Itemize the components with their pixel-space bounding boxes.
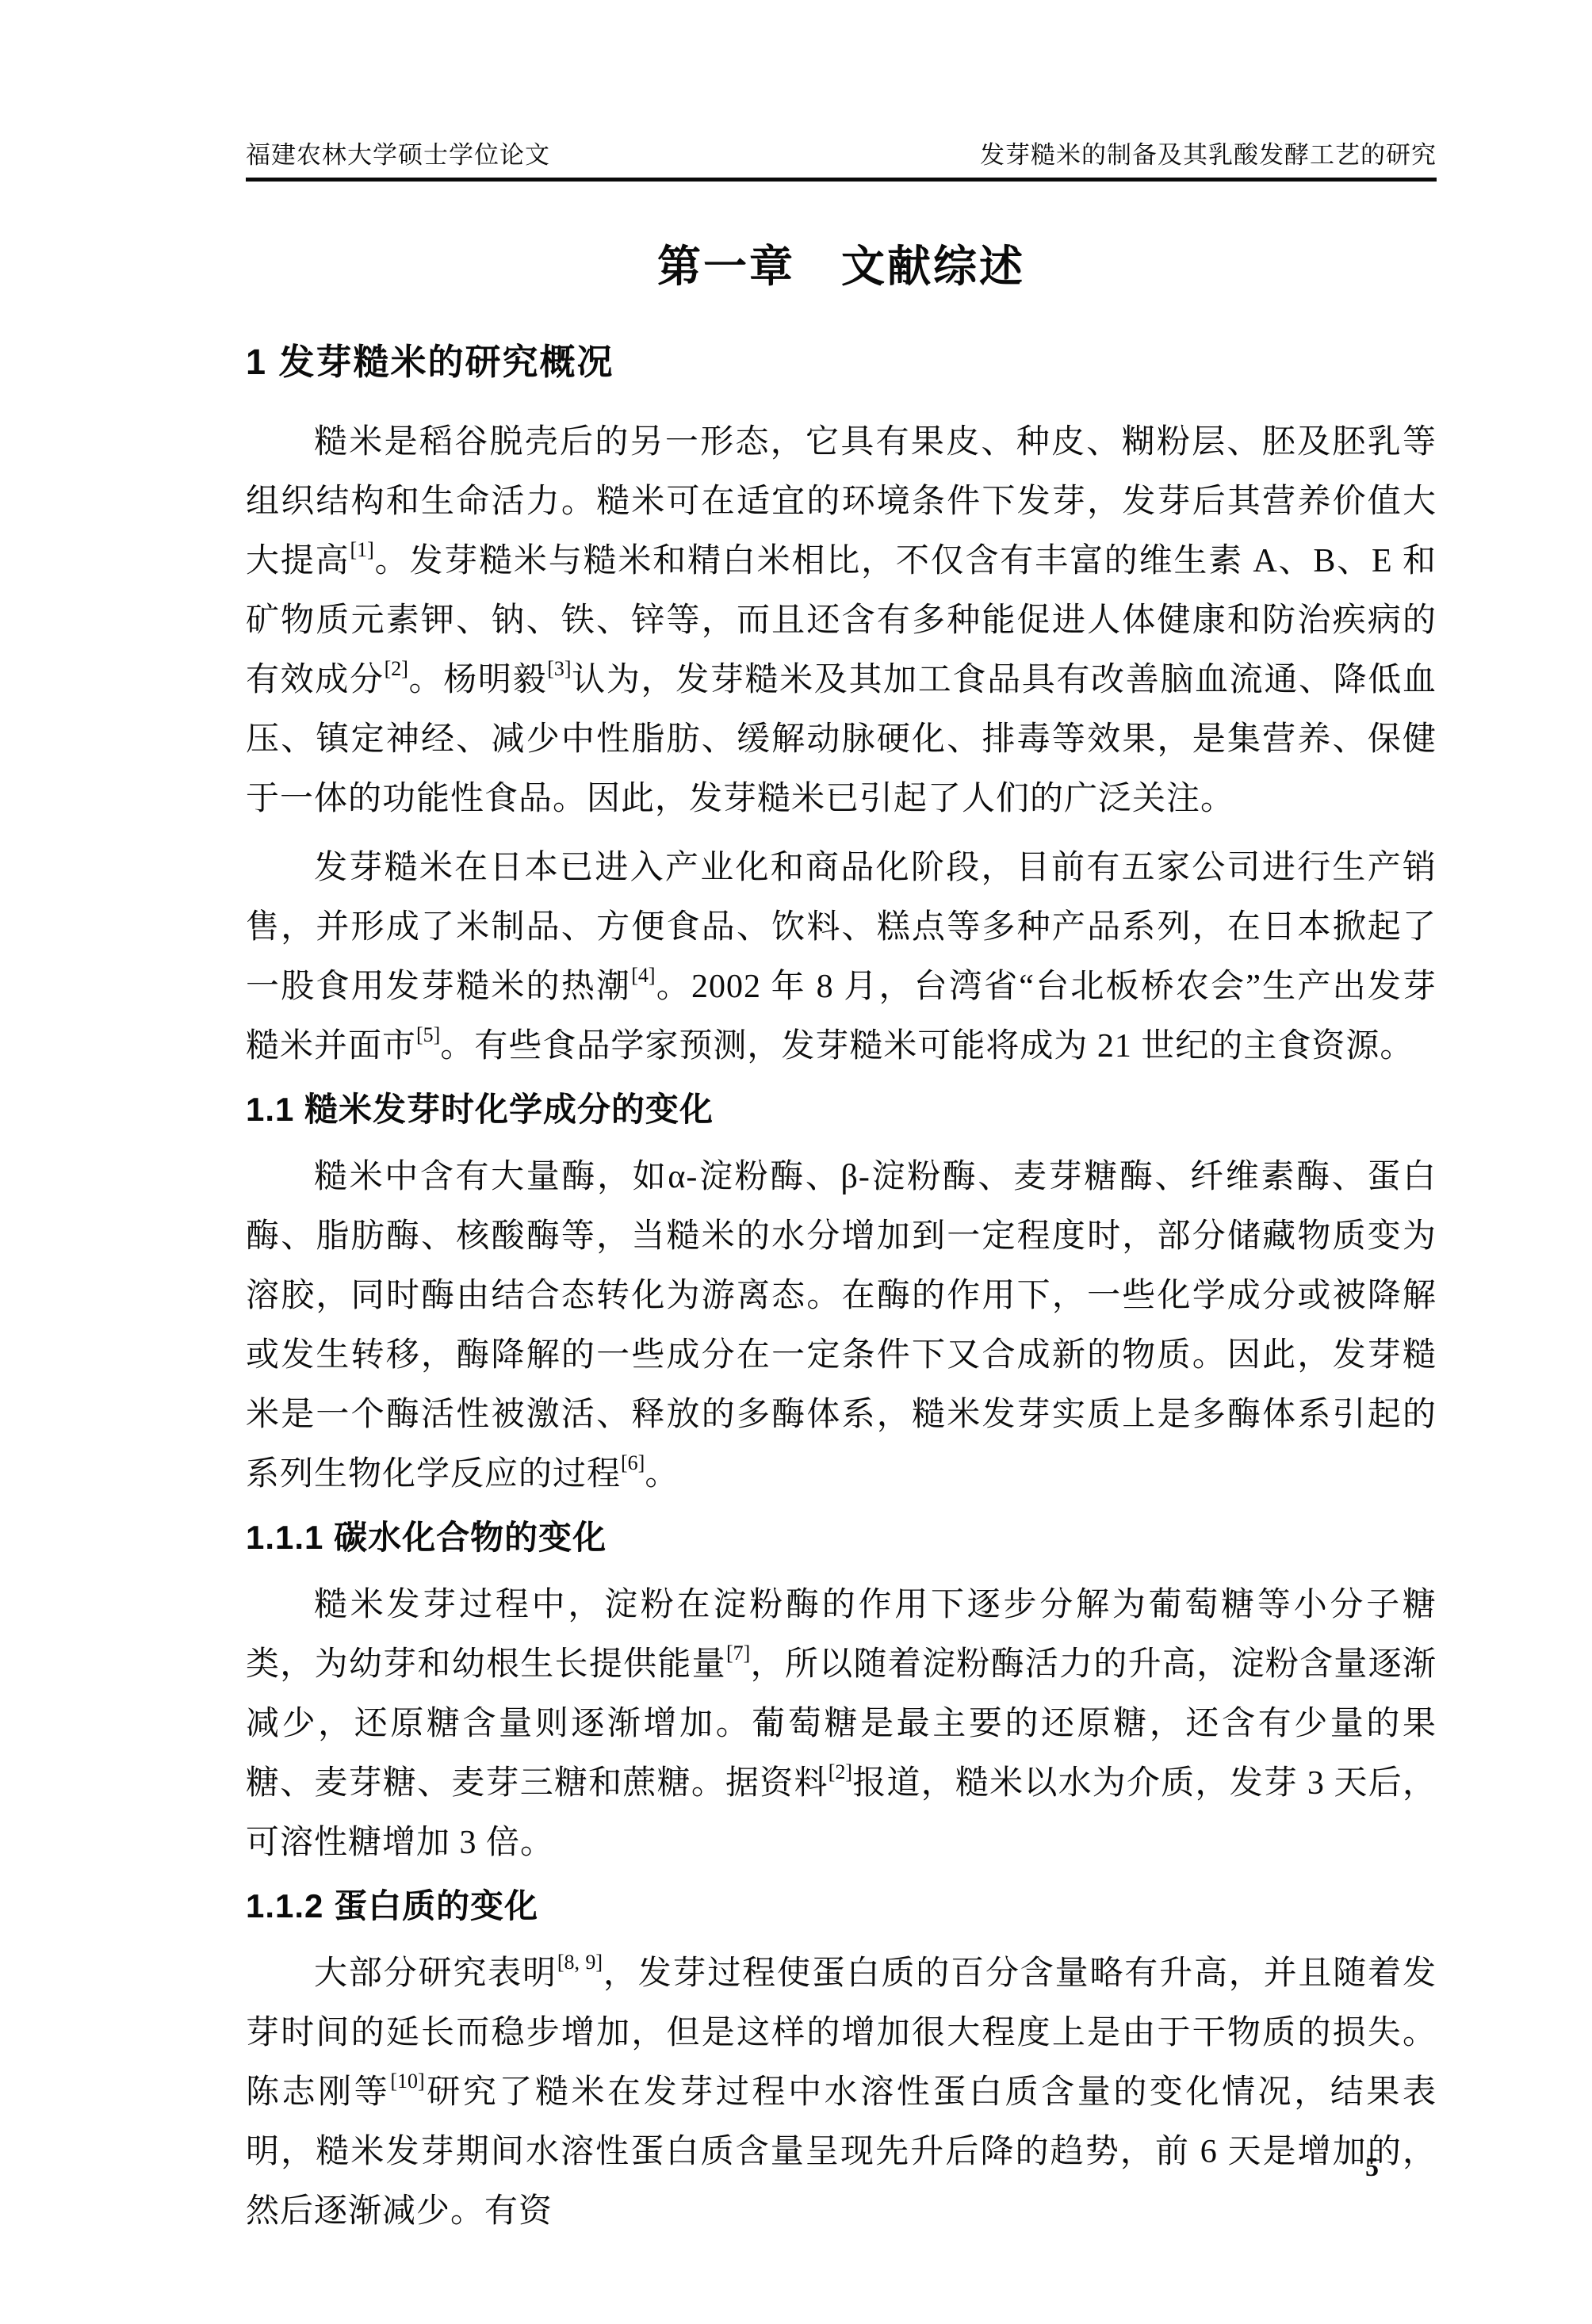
citation-ref: [10] — [390, 2070, 424, 2093]
page-number: 5 — [1365, 2153, 1379, 2183]
paragraph-5: 大部分研究表明[8, 9]，发芽过程使蛋白质的百分含量略有升高，并且随着发芽时间… — [246, 1944, 1437, 2242]
text-run: 糙米中含有大量酶，如α-淀粉酶、β-淀粉酶、麦芽糖酶、纤维素酶、蛋白酶、脂肪酶、… — [246, 1159, 1437, 1493]
paragraph-2: 发芽糙米在日本已进入产业化和商品化阶段，目前有五家公司进行生产销售，并形成了米制… — [246, 839, 1437, 1076]
section-heading-1-1-2: 1.1.2 蛋白质的变化 — [246, 1878, 1437, 1935]
text-run: 大部分研究表明 — [314, 1955, 557, 1992]
text-run: 。杨明毅 — [408, 662, 547, 698]
citation-ref: [8, 9] — [557, 1951, 603, 1974]
paragraph-1: 糙米是稻谷脱壳后的另一形态，它具有果皮、种皮、糊粉层、胚及胚乳等组织结构和生命活… — [246, 413, 1437, 829]
citation-ref: [5] — [416, 1023, 440, 1046]
paragraph-3: 糙米中含有大量酶，如α-淀粉酶、β-淀粉酶、麦芽糖酶、纤维素酶、蛋白酶、脂肪酶、… — [246, 1148, 1437, 1504]
header-left-text: 福建农林大学硕士学位论文 — [246, 141, 550, 170]
document-page: 福建农林大学硕士学位论文 发芽糙米的制备及其乳酸发酵工艺的研究 第一章 文献综述… — [0, 0, 1592, 2324]
citation-ref: [6] — [621, 1451, 645, 1474]
citation-ref: [3] — [547, 657, 571, 680]
text-run: 。有些食品学家预测，发芽糙米可能将成为 21 世纪的主食资源。 — [440, 1028, 1414, 1065]
running-header: 福建农林大学硕士学位论文 发芽糙米的制备及其乳酸发酵工艺的研究 — [246, 141, 1437, 170]
header-rule — [246, 178, 1437, 182]
section-heading-1: 1 发芽糙米的研究概况 — [246, 342, 1437, 383]
citation-ref: [2] — [385, 657, 408, 680]
text-run: 研究了糙米在发芽过程中水溶性蛋白质含量的变化情况，结果表明，糙米发芽期间水溶性蛋… — [246, 2074, 1437, 2230]
text-run: 。 — [645, 1456, 679, 1493]
citation-ref: [2] — [829, 1760, 852, 1783]
citation-ref: [7] — [726, 1642, 750, 1665]
header-right-text: 发芽糙米的制备及其乳酸发酵工艺的研究 — [980, 141, 1437, 170]
citation-ref: [1] — [350, 538, 373, 561]
section-heading-1-1: 1.1 糙米发芽时化学成分的变化 — [246, 1081, 1437, 1138]
citation-ref: [4] — [631, 964, 655, 987]
paragraph-4: 糙米发芽过程中，淀粉在淀粉酶的作用下逐步分解为葡萄糖等小分子糖类，为幼芽和幼根生… — [246, 1576, 1437, 1873]
page-content: 福建农林大学硕士学位论文 发芽糙米的制备及其乳酸发酵工艺的研究 第一章 文献综述… — [246, 141, 1437, 2242]
section-heading-1-1-1: 1.1.1 碳水化合物的变化 — [246, 1509, 1437, 1566]
chapter-title: 第一章 文献综述 — [246, 242, 1437, 291]
